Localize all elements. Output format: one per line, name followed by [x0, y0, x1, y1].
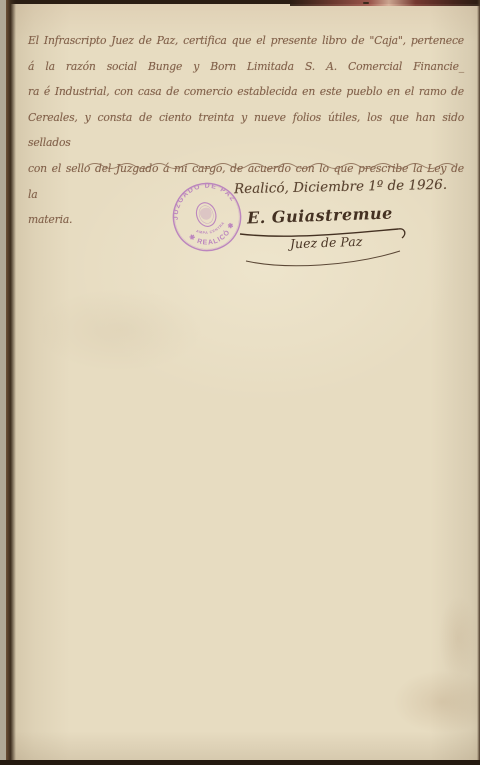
- title-flourish: [242, 246, 407, 272]
- juzgado-de-paz-stamp: JUZGADO DE PAZ ✱ REALICÓ ✱ PAMPA CENTRAL: [164, 174, 250, 260]
- text-line-1: El Infrascripto Juez de Paz, certifica q…: [28, 28, 464, 54]
- gutter-shadow: [6, 0, 16, 765]
- text-line-4: Cereales, y consta de ciento treinta y n…: [28, 105, 464, 156]
- marbled-edge: [290, 0, 480, 6]
- text-line-3: ra é Industrial, con casa de comercio es…: [28, 79, 464, 105]
- text-line-2: á la razón social Bunge y Born Limitada …: [28, 54, 464, 80]
- ink-speck: [363, 2, 369, 4]
- book-bottom-edge: [0, 760, 480, 765]
- flourish-rule: [86, 160, 464, 172]
- scanned-ledger-page: El Infrascripto Juez de Paz, certifica q…: [0, 0, 480, 765]
